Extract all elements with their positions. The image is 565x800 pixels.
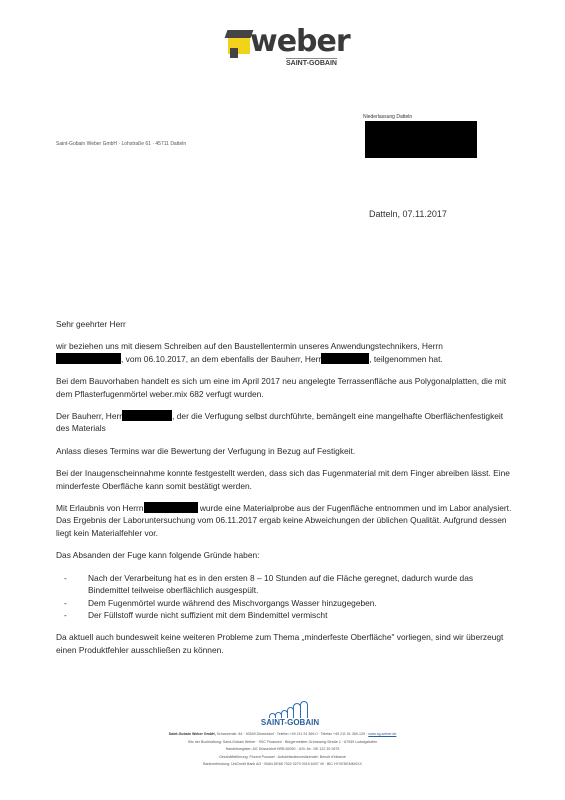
sender-address: Saint-Gobain Weber GmbH · Lohstraße 61 ·…: [56, 141, 186, 147]
saint-gobain-logo-text: SAINT-GOBAIN: [255, 718, 325, 727]
redacted-name: [144, 502, 198, 513]
paragraph-6: Mit Erlaubnis von Herrn wurde eine Mater…: [56, 502, 516, 539]
paragraph-4: Anlass dieses Termins war die Bewertung …: [56, 445, 516, 457]
logo-word: weber: [250, 24, 350, 59]
redacted-name: [56, 353, 121, 364]
redacted-name: [122, 410, 172, 421]
list-item: Nach der Verarbeitung hat es in den erst…: [56, 572, 516, 597]
weber-logo-mark-icon: [228, 34, 250, 54]
paragraph-2: Bei dem Bauvorhaben handelt es sich um e…: [56, 375, 516, 400]
reasons-list: Nach der Verarbeitung hat es in den erst…: [56, 572, 516, 622]
redacted-recipient-address: [365, 121, 477, 158]
saint-gobain-logo: SAINT-GOBAIN: [255, 702, 325, 730]
website-link[interactable]: www.sg-weber.de: [368, 732, 396, 736]
paragraph-3: Der Bauherr, Herr, der die Verfugung sel…: [56, 410, 516, 435]
letter-date: Datteln, 07.11.2017: [369, 209, 447, 219]
logo-subtitle: SAINT-GOBAIN: [286, 58, 337, 67]
footer-company-info: Saint-Gobain Weber GmbH, Schanzenstr. 84…: [110, 731, 455, 769]
list-item: Dem Fugenmörtel wurde während des Mischv…: [56, 597, 516, 609]
list-item: Der Füllstoff wurde nicht suffizient mit…: [56, 609, 516, 621]
paragraph-8: Da aktuell auch bundesweit keine weitere…: [56, 631, 516, 656]
footer-line-2: Sitz der Buchhaltung: Saint-Gobain Weber…: [110, 739, 455, 747]
footer-line-4: Geschäftsführung: Florent Pousset · Aufs…: [110, 754, 455, 762]
weber-logo: weber SAINT-GOBAIN: [228, 28, 358, 72]
footer-line-3: Handelsregister: AG Düsseldorf HRB 65250…: [110, 746, 455, 754]
redacted-name: [321, 353, 369, 364]
paragraph-5: Bei der Inaugenscheinnahme konnte festge…: [56, 467, 516, 492]
letter-body: Sehr geehrter Herr wir beziehen uns mit …: [56, 318, 516, 666]
saint-gobain-buildings-icon: [269, 702, 315, 718]
paragraph-1: wir beziehen uns mit diesem Schreiben au…: [56, 340, 516, 365]
salutation: Sehr geehrter Herr: [56, 318, 516, 330]
footer-line-5: Bankverbindung: UniCredit Bank AG · IBAN…: [110, 761, 455, 769]
footer-line-1: Saint-Gobain Weber GmbH, Schanzenstr. 84…: [110, 731, 455, 739]
branch-label: Niederlassung Datteln: [363, 114, 412, 120]
paragraph-7: Das Absanden der Fuge kann folgende Grün…: [56, 549, 516, 561]
